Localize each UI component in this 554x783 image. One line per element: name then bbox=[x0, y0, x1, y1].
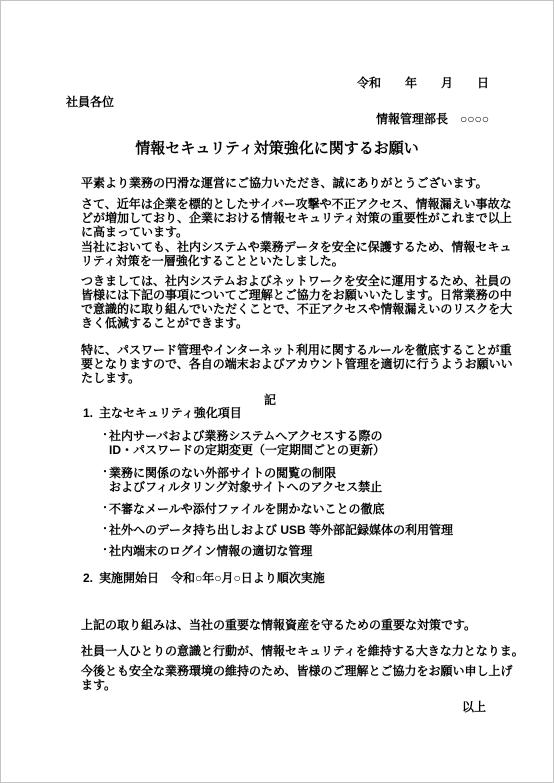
date-line: 令和 年 月 日 bbox=[1, 77, 489, 89]
list-item-1: 1. 主なセキュリティ強化項目 bbox=[81, 406, 529, 420]
bullet-item: ・ 不審なメールや添付ファイルを開かないことの徹底 bbox=[100, 502, 529, 516]
list-number: 1. bbox=[83, 406, 99, 420]
bullet-line: およびフィルタリング対象サイトへのアクセス禁止 bbox=[109, 480, 382, 494]
text-line: ます。 bbox=[81, 678, 529, 692]
bullet-marker: ・ bbox=[100, 502, 109, 516]
document-title: 情報セキュリティ対策強化に関するお願い bbox=[1, 141, 553, 157]
body-paragraph: 当社においても、社内システムや業務データを安全に保護するため、情報セキュ リティ… bbox=[81, 240, 529, 268]
text-line: 特に、パスワード管理やインターネット利用に関するルールを徹底することが重 bbox=[81, 343, 529, 357]
text-line: つきましては、社内システムおよびネットワークを安全に運用するため、社員の bbox=[81, 274, 529, 288]
body-paragraph: さて、近年は企業を標的としたサイバー攻撃や不正アクセス、情報漏えい事故な どが増… bbox=[81, 197, 529, 239]
bullet-item: ・ 社内サーバおよび業務システムへアクセスする際の ID・パスワードの定期変更（… bbox=[100, 429, 529, 457]
bullet-line: 社外へのデータ持ち出しおよび USB 等外部記録媒体の利用管理 bbox=[109, 523, 453, 537]
list-item-text: 実施開始日 令和○年○月○日より順次実施 bbox=[99, 571, 325, 585]
body-paragraph: 特に、パスワード管理やインターネット利用に関するルールを徹底することが重 要とな… bbox=[81, 343, 529, 385]
text-line: きく低減することができます。 bbox=[81, 316, 529, 330]
bullet-line: ID・パスワードの定期変更（一定期間ごとの更新） bbox=[109, 443, 385, 457]
bullet-marker: ・ bbox=[100, 466, 109, 494]
closing-paragraph: 今後とも安全な業務環境の維持のため、皆様のご理解とご協力をお願い申し上げ ます。 bbox=[81, 664, 529, 692]
list-item-heading: 主なセキュリティ強化項目 bbox=[99, 406, 242, 420]
text-line: 今後とも安全な業務環境の維持のため、皆様のご理解とご協力をお願い申し上げ bbox=[81, 664, 529, 678]
bullet-item: ・ 業務に関係のない外部サイトの閲覧の制限 およびフィルタリング対象サイトへのア… bbox=[100, 466, 529, 494]
ki-marker: 記 bbox=[81, 394, 459, 406]
text-line: 当社においても、社内システムや業務データを安全に保護するため、情報セキュ bbox=[81, 240, 529, 254]
bullet-line: 社内端末のログイン情報の適切な管理 bbox=[109, 544, 312, 558]
body-paragraph: つきましては、社内システムおよびネットワークを安全に運用するため、社員の 皆様に… bbox=[81, 274, 529, 330]
closing-word: 以上 bbox=[81, 700, 486, 714]
bullet-text: 社内端末のログイン情報の適切な管理 bbox=[109, 544, 312, 558]
bullet-line: 業務に関係のない外部サイトの閲覧の制限 bbox=[109, 466, 382, 480]
text-line: に高まっています。 bbox=[81, 225, 529, 239]
text-line: リティ対策を一層強化することといたしました。 bbox=[81, 254, 529, 268]
sender-line: 情報管理部長 ○○○○ bbox=[1, 113, 489, 125]
text-line: 平素より業務の円滑な運営にご協力いただき、誠にありがとうございます。 bbox=[81, 176, 529, 190]
body-paragraph: 平素より業務の円滑な運営にご協力いただき、誠にありがとうございます。 bbox=[81, 176, 529, 190]
bullet-marker: ・ bbox=[100, 523, 109, 537]
bullet-line: 不審なメールや添付ファイルを開かないことの徹底 bbox=[109, 502, 385, 516]
bullet-text: 不審なメールや添付ファイルを開かないことの徹底 bbox=[109, 502, 385, 516]
closing-paragraph: 上記の取り組みは、当社の重要な情報資産を守るための重要な対策です。 bbox=[81, 618, 529, 632]
list-item-2: 2. 実施開始日 令和○年○月○日より順次実施 bbox=[81, 571, 529, 585]
text-line: 皆様には下記の事項についてご理解とご協力をお願いいたします。日常業務の中 bbox=[81, 288, 529, 302]
text-line: 上記の取り組みは、当社の重要な情報資産を守るための重要な対策です。 bbox=[81, 618, 529, 632]
closing-paragraph: 社員一人ひとりの意識と行動が、情報セキュリティを維持する大きな力となりま。 bbox=[81, 644, 529, 658]
bullet-text: 社内サーバおよび業務システムへアクセスする際の ID・パスワードの定期変更（一定… bbox=[109, 429, 385, 457]
text-line: どが増加しており、企業における情報セキュリティ対策の重要性がこれまで以上 bbox=[81, 211, 529, 225]
bullet-item: ・ 社内端末のログイン情報の適切な管理 bbox=[100, 544, 529, 558]
text-line: 要となりますので、各自の端末およびアカウント管理を適切に行うようお願いい bbox=[81, 357, 529, 371]
bullet-item: ・ 社外へのデータ持ち出しおよび USB 等外部記録媒体の利用管理 bbox=[100, 523, 529, 537]
text-line: たします。 bbox=[81, 371, 529, 385]
bullet-marker: ・ bbox=[100, 544, 109, 558]
recipient-line: 社員各位 bbox=[66, 96, 553, 108]
bullet-text: 社外へのデータ持ち出しおよび USB 等外部記録媒体の利用管理 bbox=[109, 523, 453, 537]
bullet-text: 業務に関係のない外部サイトの閲覧の制限 およびフィルタリング対象サイトへのアクセ… bbox=[109, 466, 382, 494]
bullet-line: 社内サーバおよび業務システムへアクセスする際の bbox=[109, 429, 385, 443]
text-line: で意識的に取り組んでいただくことで、不正アクセスや情報漏えいのリスクを大 bbox=[81, 302, 529, 316]
text-line: 社員一人ひとりの意識と行動が、情報セキュリティを維持する大きな力となりま。 bbox=[81, 644, 529, 658]
bullet-marker: ・ bbox=[100, 429, 109, 457]
document-body: 平素より業務の円滑な運営にご協力いただき、誠にありがとうございます。 さて、近年… bbox=[81, 176, 529, 714]
list-number: 2. bbox=[83, 571, 99, 585]
document-page: 令和 年 月 日 社員各位 情報管理部長 ○○○○ 情報セキュリティ対策強化に関… bbox=[0, 0, 554, 783]
text-line: さて、近年は企業を標的としたサイバー攻撃や不正アクセス、情報漏えい事故な bbox=[81, 197, 529, 211]
